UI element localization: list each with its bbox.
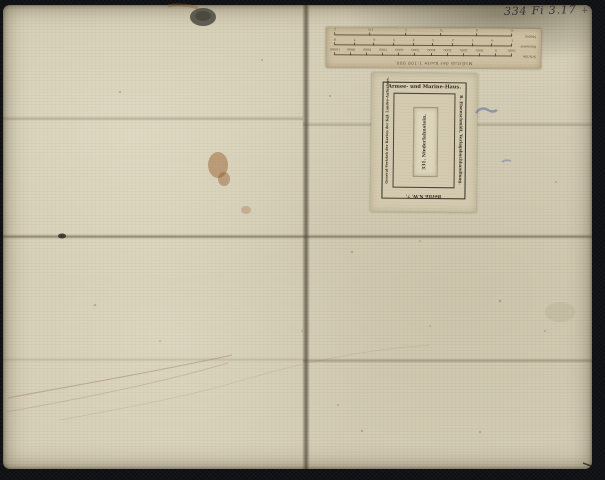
scale-strip: Maßstab der Karte 1:100 000. Schritte100… bbox=[326, 27, 541, 69]
sheet-title: 331. Niederlahnstein. bbox=[422, 114, 428, 170]
scale-caption: Maßstab der Karte 1:100 000. bbox=[329, 59, 538, 67]
scale-strip-content: Maßstab der Karte 1:100 000. Schritte100… bbox=[329, 28, 538, 67]
label-left-text: General-Vertrieb der Karten der Kgl. Lan… bbox=[385, 93, 390, 183]
ruler-unit-label: Meilen bbox=[525, 35, 536, 39]
ruler-unit-label: Schritte bbox=[523, 55, 536, 59]
label-right-text: R. Eisenschmidt, Verlagsbuchhandlung. bbox=[458, 94, 464, 184]
label-inner-border: 331. Niederlahnstein. bbox=[393, 93, 456, 189]
bookseller-label: Armee- und Marine-Haus. Berlin N.W. 7. G… bbox=[370, 72, 477, 212]
label-outer-border: Armee- und Marine-Haus. Berlin N.W. 7. G… bbox=[381, 82, 466, 200]
ruler-unit-label: Kilometer bbox=[520, 45, 536, 49]
label-top-text: Armee- und Marine-Haus. bbox=[384, 83, 466, 90]
ruler-bar: ½0½11½2 bbox=[335, 34, 512, 36]
label-bottom-text: Berlin N.W. 7. bbox=[382, 192, 464, 198]
scan-background: Maßstab der Karte 1:100 000. Schritte100… bbox=[0, 0, 605, 480]
ruler-row: Kilometer1012345678 bbox=[329, 39, 538, 50]
ruler-row: Meilen½0½11½2 bbox=[329, 29, 538, 40]
ruler-row: Schritte10000100020003000400050006000700… bbox=[329, 49, 538, 60]
ruler-bar: 1012345678 bbox=[335, 44, 512, 46]
handwritten-archival-number: 334 Fi 3.17 bbox=[504, 3, 582, 21]
ruler-bar: 1000010002000300040005000600070008000900… bbox=[335, 54, 512, 56]
document-sheet bbox=[3, 5, 592, 469]
sheet-title-window: 331. Niederlahnstein. bbox=[412, 106, 438, 176]
edge-plus-mark: + bbox=[581, 6, 589, 16]
ruler-rows: Schritte10000100020003000400050006000700… bbox=[329, 29, 538, 60]
